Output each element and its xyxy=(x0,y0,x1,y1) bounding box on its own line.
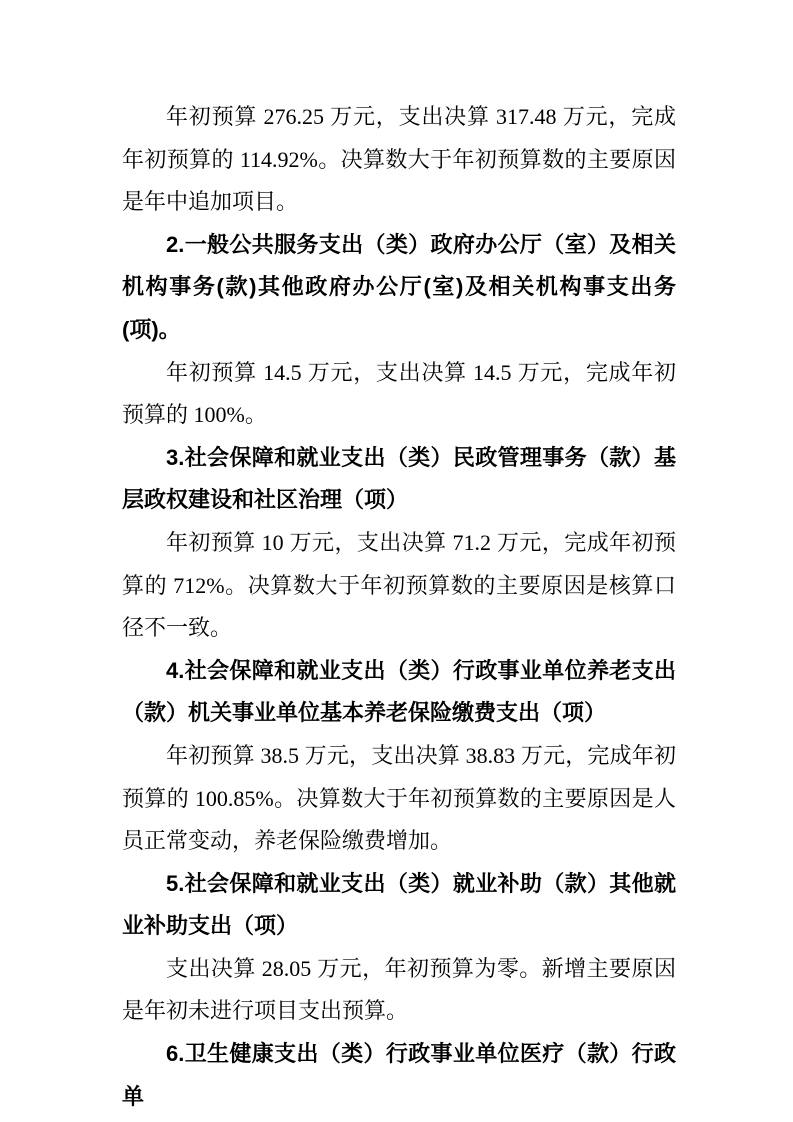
body-paragraph: 年初预算 276.25 万元，支出决算 317.48 万元，完成年初预算的 11… xyxy=(122,96,676,224)
section-heading: 6.卫生健康支出（类）行政事业单位医疗（款）行政单 xyxy=(122,1033,676,1118)
body-paragraph: 支出决算 28.05 万元，年初预算为零。新增主要原因是年初未进行项目支出预算。 xyxy=(122,948,676,1033)
document-body: 年初预算 276.25 万元，支出决算 317.48 万元，完成年初预算的 11… xyxy=(122,96,676,1118)
section-heading: 5.社会保障和就业支出（类）就业补助（款）其他就业补助支出（项） xyxy=(122,863,676,948)
body-paragraph: 年初预算 14.5 万元，支出决算 14.5 万元，完成年初预算的 100%。 xyxy=(122,352,676,437)
document-page: 年初预算 276.25 万元，支出决算 317.48 万元，完成年初预算的 11… xyxy=(0,0,793,1122)
body-paragraph: 年初预算 10 万元，支出决算 71.2 万元，完成年初预算的 712%。决算数… xyxy=(122,522,676,650)
body-paragraph: 年初预算 38.5 万元，支出决算 38.83 万元，完成年初预算的 100.8… xyxy=(122,735,676,863)
section-heading: 2.一般公共服务支出（类）政府办公厅（室）及相关机构事务(款)其他政府办公厅(室… xyxy=(122,224,676,352)
section-heading: 3.社会保障和就业支出（类）民政管理事务（款）基层政权建设和社区治理（项） xyxy=(122,437,676,522)
section-heading: 4.社会保障和就业支出（类）行政事业单位养老支出（款）机关事业单位基本养老保险缴… xyxy=(122,650,676,735)
